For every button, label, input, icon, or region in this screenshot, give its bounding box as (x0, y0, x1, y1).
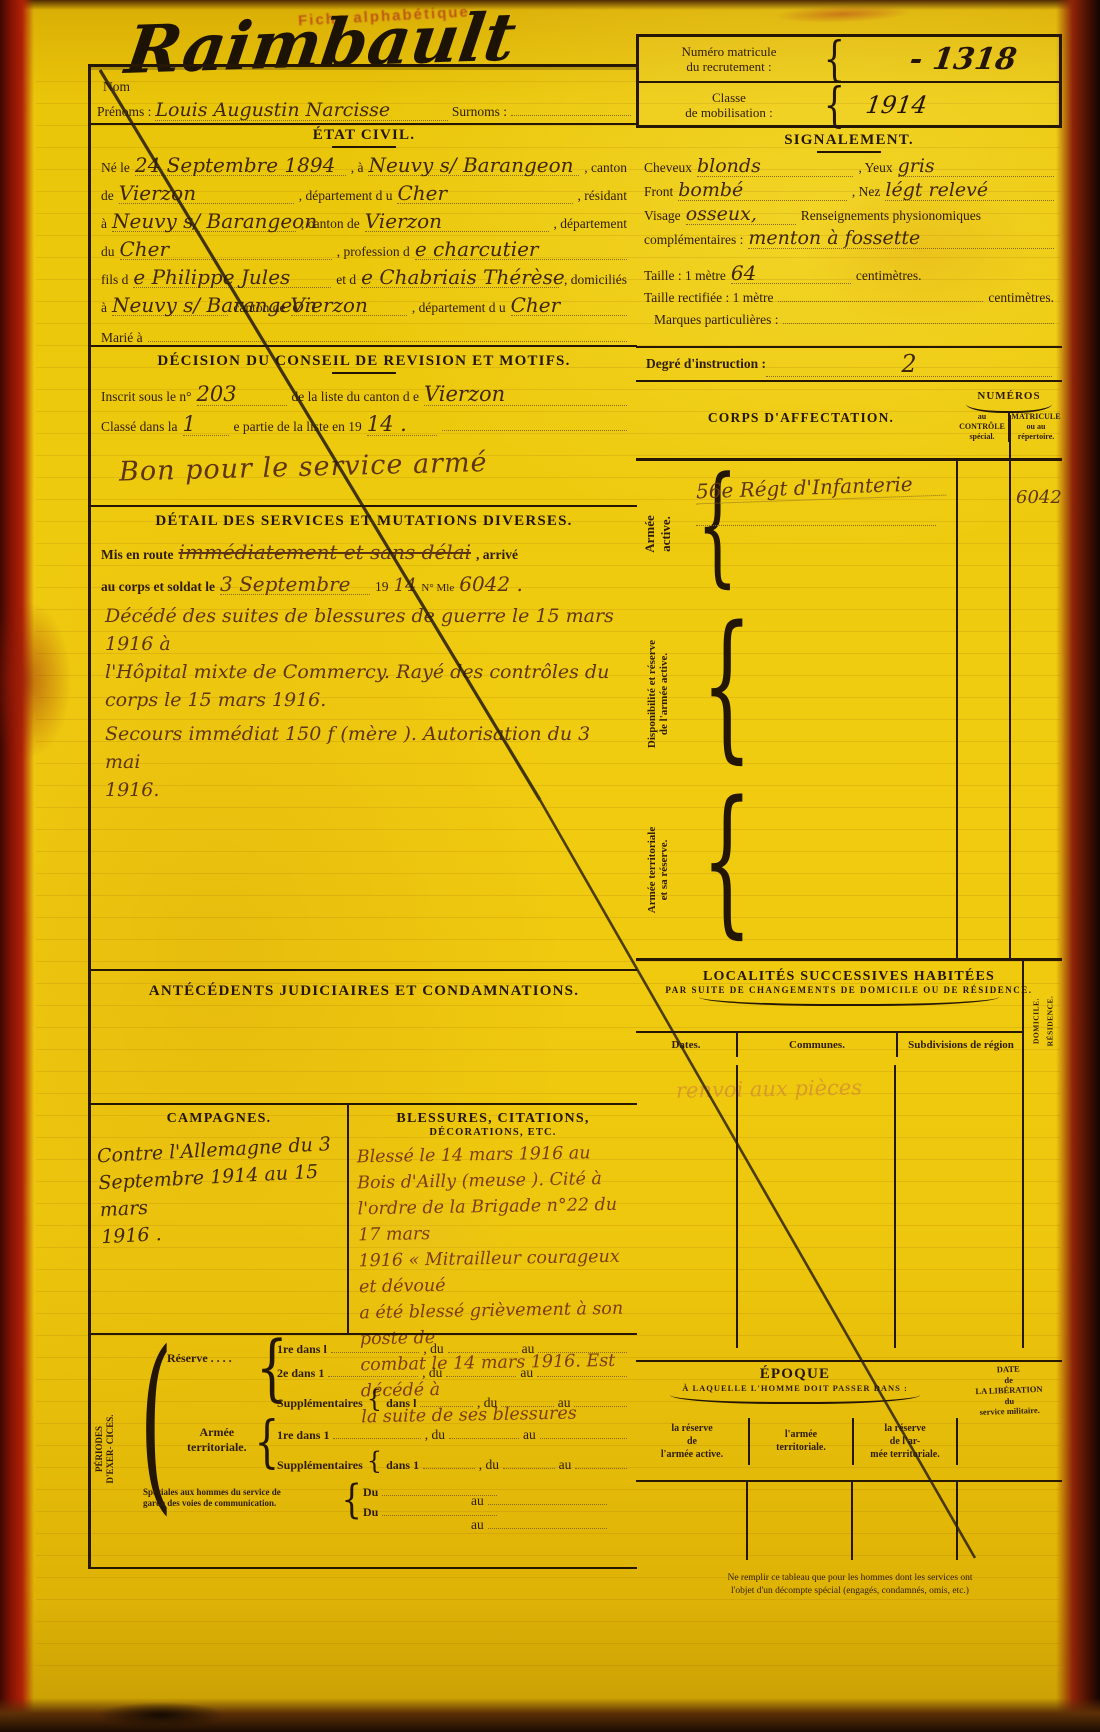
dots (575, 1468, 627, 1469)
au-label: au (522, 1341, 535, 1357)
marques-value-empty (783, 323, 1054, 324)
profession-value: e charcutier (415, 239, 627, 260)
inscrit-label: Inscrit sous le n° (101, 389, 192, 405)
ep-col3-2: de l'ar- (856, 1435, 954, 1448)
controle-1: au (956, 412, 1008, 422)
incorporation-year-value: 14 (394, 575, 417, 596)
departement-label: , département d u (299, 188, 393, 204)
ep-col1-2: de (638, 1435, 746, 1448)
classe-label-1: Classe (639, 90, 819, 105)
residence-departement-value: Cher (120, 239, 332, 260)
departement-value: Cher (397, 183, 572, 204)
residence-canton-value: Vierzon (365, 211, 549, 232)
visage-label: Visage (644, 208, 681, 224)
numero-matricule-label: Numéro matricule du recrutement : (639, 44, 819, 74)
regiment-matricule-value: 6042 (1016, 487, 1062, 508)
identity-section: Nom Prénoms : Louis Augustin Narcisse Su… (91, 67, 637, 123)
armee-territoriale-header: l'armée territoriale. (748, 1418, 852, 1465)
taille-rectifiee-label: Taille rectifiée : 1 mètre (644, 290, 773, 306)
au-corps-label: au corps et soldat le (101, 579, 215, 595)
epoque-body (636, 1480, 1062, 1560)
book-binding-edge (1056, 0, 1100, 1732)
cheveux-label: Cheveux (644, 160, 692, 176)
du-label: Du (363, 1485, 378, 1500)
surnoms-value-empty (511, 115, 631, 116)
corps-title: CORPS D'AFFECTATION. (656, 410, 946, 426)
renseignements-value: menton à fossette (748, 229, 1054, 249)
corps-table-body: Armée active. { 56e Régt d'Infanterie 60… (636, 461, 1062, 958)
matricule-2: ou au (1010, 422, 1062, 432)
periodes-side-2: D'EXER- CICES. (105, 1414, 116, 1483)
etat-civil-title: ÉTAT CIVIL. (101, 127, 627, 144)
brace-icon: { (824, 85, 845, 126)
column-divider (894, 1065, 896, 1348)
profession-label: , profession d (337, 244, 410, 260)
ep-col3-3: mée territoriale. (856, 1448, 954, 1461)
dots (488, 1528, 607, 1529)
epoque-subtitle: À LAQUELLE L'HOMME DOIT PASSER DANS : (636, 1383, 954, 1393)
partie-value: 1 (183, 414, 229, 436)
taille-unit-label: centimètres. (856, 268, 922, 284)
dates-column-header: Dates. (636, 1033, 736, 1057)
periodes-side-label: PÉRIODES D'EXER- CICES. (94, 1414, 116, 1483)
dans-1-label: dans 1 (386, 1458, 419, 1473)
group-brace-icon: { (701, 792, 752, 928)
spec-brace-icon: { (342, 1483, 362, 1517)
fils-de-label: fils d (101, 272, 128, 288)
a-label: à (101, 300, 107, 316)
corps-affectation-table: CORPS D'AFFECTATION. NUMÉROS au CONTRÔLE… (636, 382, 1062, 958)
column-divider (746, 1482, 748, 1560)
residence-vertical-label: RÉSIDENCE. (1046, 996, 1055, 1047)
parents-departement-value: Cher (511, 295, 627, 316)
localites-table: LOCALITÉS SUCCESSIVES HABITÉES PAR SUITE… (636, 958, 1062, 1348)
controle-3: spécial. (956, 432, 1008, 442)
numeros-title: NUMÉROS (977, 390, 1040, 402)
terr-label-1: Armée (187, 1425, 247, 1440)
ep-col1-1: la réserve (638, 1422, 746, 1435)
ep-col3-1: la réserve (856, 1422, 954, 1435)
prenoms-label: Prénoms : (97, 104, 151, 120)
speciales-label: Spéciales aux hommes du service de garde… (143, 1487, 281, 1509)
prenoms-value: Louis Augustin Narcisse (155, 101, 447, 121)
dots (448, 1352, 518, 1353)
a-label: , à (351, 160, 364, 176)
au-label: au (559, 1457, 572, 1473)
rule (332, 372, 396, 374)
parents-commune-value: Neuvy s/ Barangeon (112, 295, 228, 316)
au-label: au (471, 1493, 484, 1509)
ne-le-label: Né le (101, 160, 130, 176)
yeux-value: gris (898, 157, 1054, 177)
dots (328, 1376, 418, 1377)
de-label: de (101, 188, 114, 204)
decision-title: DÉCISION DU CONSEIL DE REVISION ET MOTIF… (101, 353, 627, 370)
partie-liste-label: e partie de la liste en 19 (234, 419, 362, 435)
numeros-header: NUMÉROS (956, 386, 1062, 413)
numero-matricule-label-2: du recrutement : (639, 59, 819, 74)
degre-label: Degré d'instruction : (646, 356, 766, 372)
subdivisions-column-header: Subdivisions de région (896, 1033, 1024, 1057)
deces-line-1: Décédé des suites de blessures de guerre… (105, 602, 627, 658)
rule (817, 151, 881, 153)
reserve-label: Réserve . . . . (167, 1351, 232, 1366)
dots (488, 1504, 607, 1505)
brace-icon: { (367, 1389, 382, 1409)
dots (501, 1406, 554, 1407)
brace-icon: { (824, 39, 845, 80)
antecedents-title: ANTÉCÉDENTS JUDICIAIRES ET CONDAMNATIONS… (101, 983, 627, 1000)
du-label: , du (422, 1365, 442, 1381)
nom-label: Nom (103, 79, 130, 95)
numero-matricule-value: - 1318 (907, 42, 1018, 77)
dots (382, 1515, 497, 1516)
year-prefix-label: 19 (375, 579, 389, 595)
supplementaires-label: Supplémentaires (277, 1396, 363, 1411)
arrive-label: , arrivé (476, 547, 518, 563)
mis-en-route-label: Mis en route (101, 547, 174, 563)
marie-a-value-empty (148, 341, 627, 342)
liste-canton-label: de la liste du canton d e (292, 389, 419, 405)
deces-line-2: l'Hôpital mixte de Commercy. Rayé des co… (105, 658, 627, 686)
domicile-vertical-label: DOMICILE. (1032, 998, 1041, 1044)
date-5: service militaire. (959, 1404, 1061, 1418)
numero-matricule-label-1: Numéro matricule (639, 44, 819, 59)
epoque-title: ÉPOQUE (636, 1366, 954, 1383)
dots (331, 1352, 420, 1353)
blessure-line-3: l'ordre de la Brigade n°22 du 17 mars (357, 1192, 626, 1249)
domicilies-label: , domiciliés (564, 272, 627, 288)
inscription-number-value: 203 (197, 384, 287, 406)
au-label: au (520, 1365, 533, 1381)
periodes-side-1: PÉRIODES (94, 1414, 105, 1483)
brace-arc (670, 1395, 920, 1404)
reserve-row1-label: 1re dans l (277, 1342, 327, 1357)
epoque-header: ÉPOQUE À LAQUELLE L'HOMME DOIT PASSER DA… (636, 1362, 1062, 1418)
terr-row1-label: 1re dans 1 (277, 1428, 329, 1443)
au-label: au (523, 1427, 536, 1443)
matricule-box: Numéro matricule du recrutement : { - 13… (636, 34, 1062, 128)
territoriale-group: Armée territoriale et sa réserve. { (636, 782, 956, 958)
localites-title: LOCALITÉS SUCCESSIVES HABITÉES (636, 969, 1062, 985)
residence-value: Neuvy s/ Barangeon (112, 211, 296, 232)
birth-date-value: 24 Septembre 1894 (135, 155, 346, 176)
etat-civil-section: ÉTAT CIVIL. Né le24 Septembre 1894, àNeu… (91, 123, 637, 345)
departement-label: , département d u (412, 300, 506, 316)
column-divider (956, 461, 958, 958)
dans-l-label: dans l (386, 1396, 416, 1411)
matricule-3: répertoire. (1010, 432, 1062, 442)
localites-entry-value: renvoi aux pièces (676, 1075, 862, 1102)
dots (503, 1468, 555, 1469)
annee-liste-value: 14 . (367, 414, 437, 436)
disponibilite-2: de l'armée active. (658, 640, 670, 748)
decision-motif-value: Bon pour le service armé (119, 443, 628, 487)
taille-rectifiee-unit-label: centimètres. (988, 290, 1054, 306)
domicile-residence-column: DOMICILE. RÉSIDENCE. (1022, 961, 1062, 1348)
du-label: , du (477, 1395, 497, 1411)
numero-mle-value: 6042 . (459, 572, 523, 596)
supplementaires-label: Supplémentaires (277, 1458, 363, 1473)
classe-dans-label: Classé dans la (101, 419, 178, 435)
red-stamp-smudge (778, 4, 908, 25)
dots (696, 513, 936, 526)
campagnes-blessures-section: CAMPAGNES. Contre l'Allemagne du 3 Septe… (91, 1103, 637, 1333)
matricule-1: MATRICULE (1010, 412, 1062, 422)
deces-line-3: corps le 15 mars 1916. (105, 686, 627, 714)
incorporation-date-value: 3 Septembre (220, 574, 370, 595)
blessures-title-2: DÉCORATIONS, ETC. (359, 1127, 627, 1138)
scan-edge-bottom (0, 1698, 1100, 1732)
localites-body: renvoi aux pièces (636, 1065, 1024, 1348)
epoque-footnote: Ne remplir ce tableau que pour les homme… (640, 1572, 1060, 1598)
ep-col2-2: territoriale. (752, 1441, 850, 1454)
father-name-value: e Philippe Jules (133, 267, 331, 288)
canton-de-label: , canton de (301, 216, 360, 232)
departement-label: , département (554, 216, 627, 232)
dots (537, 1376, 627, 1377)
route-mention-value: immédiatement et sans délai (179, 540, 472, 564)
date-liberation-cell (956, 1418, 1062, 1465)
renseignements-label: Renseignements physionomiques (801, 208, 981, 224)
dots (446, 1376, 516, 1377)
communes-column-header: Communes. (736, 1033, 896, 1057)
decision-conseil-section: DÉCISION DU CONSEIL DE REVISION ET MOTIF… (91, 345, 637, 505)
ep-col1-3: l'armée active. (638, 1448, 746, 1461)
dots (540, 1438, 627, 1439)
du-label: , du (479, 1457, 499, 1473)
disponibilite-label: Disponibilité et réserve de l'armée acti… (646, 640, 670, 748)
dots (442, 430, 627, 431)
controle-2: CONTRÔLE (956, 422, 1008, 432)
du-label: Du (363, 1505, 378, 1520)
front-value: bombé (678, 181, 847, 201)
mother-name-value: e Chabriais Thérèse (361, 267, 559, 288)
numero-mle-label: N° Mle (421, 582, 454, 594)
residant-label: , résidant (578, 188, 628, 204)
visage-value: osseux, (686, 205, 796, 225)
reserve-row2-label: 2e dans 1 (277, 1366, 324, 1381)
military-record-sheet: Fiche alphabétique Raimbault Nom Prénoms… (0, 0, 1100, 1732)
armee-active-label: Armée active. (642, 515, 674, 553)
classe-mobilisation-label: Classe de mobilisation : (639, 90, 819, 120)
ep-col2-1: l'armée (752, 1428, 850, 1441)
canton-de-label: canton de (233, 300, 285, 316)
armee-active-group: Armée active. { 56e Régt d'Infanterie (636, 461, 956, 607)
blessure-line-4: 1916 « Mitrailleur courageux et dévoué (358, 1244, 627, 1301)
blessures-title-1: BLESSURES, CITATIONS, (359, 1111, 627, 1127)
campagnes-title: CAMPAGNES. (99, 1111, 339, 1127)
yeux-label: , Yeux (858, 160, 892, 176)
secours-line-1: Secours immédiat 150 f (mère ). Autorisa… (105, 720, 627, 776)
services-title: DÉTAIL DES SERVICES ET MUTATIONS DIVERSE… (101, 513, 627, 530)
dots (333, 1438, 420, 1439)
disponibilite-1: Disponibilité et réserve (646, 640, 658, 748)
localites-header: LOCALITÉS SUCCESSIVES HABITÉES PAR SUITE… (636, 961, 1062, 1006)
periodes-exercices-section: PÉRIODES D'EXER- CICES. ( Réserve . . . … (91, 1333, 637, 1561)
taille-value: 64 (731, 263, 851, 284)
rule (332, 146, 396, 148)
footnote-line-2: l'objet d'un décompte spécial (engagés, … (640, 1585, 1060, 1598)
armee-territoriale-label: Armée territoriale. (187, 1425, 247, 1455)
campagnes-cell: CAMPAGNES. Contre l'Allemagne du 3 Septe… (91, 1105, 349, 1333)
signalement-section: SIGNALEMENT. Cheveuxblonds, Yeuxgris Fro… (636, 128, 1062, 346)
dots (538, 1352, 627, 1353)
date-liberation-header: DATE de LA LIBÉRATION du service militai… (957, 1362, 1061, 1418)
parents-canton-value: Vierzon (291, 295, 407, 316)
classe-mobilisation-value: 1914 (864, 91, 929, 119)
scan-edge-left (0, 0, 34, 1732)
controle-special-header: au CONTRÔLE spécial. (956, 412, 1008, 442)
left-column: Nom Prénoms : Louis Augustin Narcisse Su… (88, 64, 637, 1569)
taille-rectifiee-value-empty (778, 301, 983, 302)
et-de-label: et d (336, 272, 356, 288)
terr-brace-icon: { (254, 1419, 279, 1467)
armee-active-2: active. (658, 515, 674, 553)
territoriale-2: et sa réserve. (658, 827, 670, 913)
column-divider (851, 1482, 853, 1560)
au-label: au (471, 1517, 484, 1533)
antecedents-section: ANTÉCÉDENTS JUDICIAIRES ET CONDAMNATIONS… (91, 969, 637, 1103)
localites-subtitle: PAR SUITE DE CHANGEMENTS DE DOMICILE OU … (636, 985, 1062, 995)
spec-line-2: garde des voies de communication. (143, 1498, 281, 1509)
column-divider (736, 1065, 738, 1348)
column-divider (1009, 415, 1011, 958)
group-brace-icon: { (701, 617, 752, 753)
dots (449, 1438, 519, 1439)
nez-value: légt relevé (885, 181, 1054, 201)
services-mutations-section: DÉTAIL DES SERVICES ET MUTATIONS DIVERSE… (91, 505, 637, 969)
complementaires-label: complémentaires : (644, 232, 743, 248)
classe-label-2: de mobilisation : (639, 105, 819, 120)
marques-label: Marques particulières : (654, 312, 778, 328)
matricule-repertoire-header: MATRICULE ou au répertoire. (1008, 412, 1062, 442)
au-label: au (558, 1395, 571, 1411)
secours-line-2: 1916. (105, 776, 627, 804)
signalement-title: SIGNALEMENT. (644, 132, 1054, 149)
degre-instruction-row: Degré d'instruction : 2 (636, 346, 1062, 382)
terr-label-2: territoriale. (187, 1440, 247, 1455)
spec-line-1: Spéciales aux hommes du service de (143, 1487, 281, 1498)
brace-arc (699, 997, 999, 1006)
column-divider (956, 1482, 958, 1560)
dots (423, 1468, 475, 1469)
canton-label: , canton (584, 160, 627, 176)
nez-label: , Nez (852, 184, 880, 200)
a-label: à (101, 216, 107, 232)
liste-canton-value: Vierzon (424, 384, 627, 406)
cheveux-value: blonds (697, 157, 853, 177)
dots (420, 1406, 473, 1407)
du-label: , du (423, 1341, 443, 1357)
front-label: Front (644, 184, 673, 200)
reserve-armee-active-header: la réserve de l'armée active. (636, 1418, 748, 1465)
du-label: , du (425, 1427, 445, 1443)
territoriale-label: Armée territoriale et sa réserve. (646, 827, 670, 913)
surnoms-label: Surnoms : (452, 104, 507, 120)
du-label: du (101, 244, 115, 260)
canton-value: Vierzon (119, 183, 294, 204)
birth-place-value: Neuvy s/ Barangeon (368, 155, 579, 176)
footnote-line-1: Ne remplir ce tableau que pour les homme… (640, 1572, 1060, 1585)
reserve-territoriale-header: la réserve de l'ar- mée territoriale. (852, 1418, 956, 1465)
blessures-cell: BLESSURES, CITATIONS, DÉCORATIONS, ETC. … (349, 1105, 637, 1333)
taille-label: Taille : 1 mètre (644, 268, 726, 284)
degre-value: 2 (766, 352, 1052, 377)
epoque-table: ÉPOQUE À LAQUELLE L'HOMME DOIT PASSER DA… (636, 1360, 1062, 1560)
territoriale-1: Armée territoriale (646, 827, 658, 913)
disponibilite-group: Disponibilité et réserve de l'armée acti… (636, 607, 956, 782)
brace-icon: { (367, 1451, 382, 1471)
armee-active-1: Armée (642, 515, 658, 553)
marie-a-label: Marié à (101, 330, 143, 346)
dots (574, 1406, 627, 1407)
